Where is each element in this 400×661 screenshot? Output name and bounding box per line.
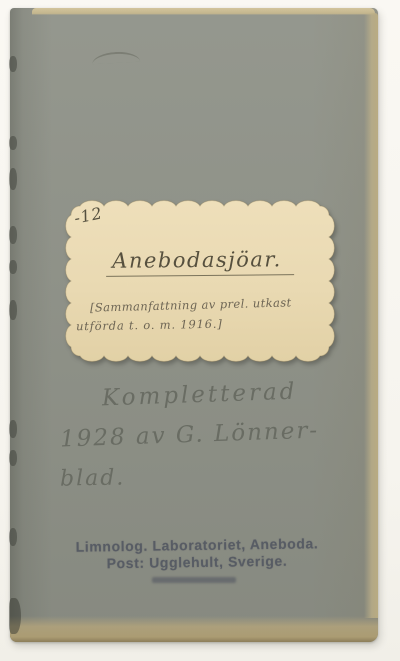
scalloped-label-shape: [64, 196, 336, 368]
spine-wear-mark: [9, 260, 17, 274]
bottom-page-edge: [10, 616, 378, 642]
printer-imprint-smudge: [152, 577, 236, 583]
pencil-annotation-line3: blad.: [60, 465, 126, 491]
pencil-annotation-line2: 1928 av G. Lönner-: [60, 417, 320, 452]
scanned-photo-background: -12 Anebodasjöar. [Sammanfattning av pre…: [0, 0, 400, 661]
pencil-annotation-line1: Kompletterad: [102, 379, 298, 412]
spine-wear-mark: [9, 168, 17, 190]
spine-wear-mark: [9, 420, 17, 438]
spine-wear-mark: [9, 226, 17, 244]
spine-wear-mark: [9, 450, 17, 466]
spine-wear-mark: [9, 598, 21, 634]
top-page-edge: [32, 8, 375, 15]
label-title: Anebodasjöar.: [64, 247, 336, 273]
spine-wear-mark: [9, 300, 17, 320]
label-title-text: Anebodasjöar.: [106, 247, 294, 277]
right-page-edge: [364, 13, 378, 618]
booklet-cover: -12 Anebodasjöar. [Sammanfattning av pre…: [10, 8, 378, 642]
spine-wear-mark: [9, 136, 17, 150]
spine-wear-mark: [9, 56, 17, 72]
label-subtitle-line2: utförda t. o. m. 1916.]: [76, 317, 223, 334]
paper-label: -12 Anebodasjöar. [Sammanfattning av pre…: [64, 196, 336, 368]
pencil-smudge-mark: [92, 51, 141, 64]
